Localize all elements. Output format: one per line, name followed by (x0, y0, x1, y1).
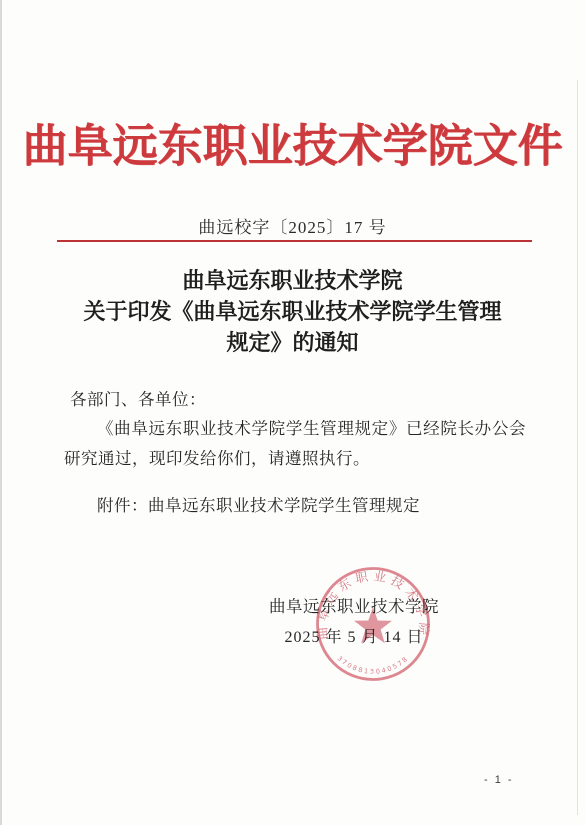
scanned-official-document: { "document": { "header_title": "曲阜远东职业技… (0, 0, 585, 825)
page-number: - 1 - (484, 774, 514, 786)
red-divider-rule (57, 240, 532, 242)
scan-right-edge-artifact (577, 80, 578, 815)
red-letterhead-title: 曲阜远东职业技术学院文件 (0, 114, 585, 179)
attachment-line: 附件：曲阜远东职业技术学院学生管理规定 (64, 492, 534, 516)
document-reference-number: 曲远校字〔2025〕17 号 (0, 213, 585, 238)
notice-title: 曲阜远东职业技术学院 关于印发《曲阜远东职业技术学院学生管理 规定》的通知 (40, 265, 545, 358)
notice-title-line-2: 关于印发《曲阜远东职业技术学院学生管理 (40, 296, 545, 327)
notice-title-line-3: 规定》的通知 (40, 327, 545, 358)
official-red-seal: 曲阜远东职业技术学院 3708813040578 (314, 565, 432, 683)
notice-title-line-1: 曲阜远东职业技术学院 (40, 265, 545, 296)
body-paragraph: 《曲阜远东职业技术学院学生管理规定》已经院长办公会研究通过，现印发给你们，请遵照… (64, 414, 526, 474)
salutation-line: 各部门、各单位： (70, 386, 206, 410)
seal-star-icon (354, 607, 392, 643)
